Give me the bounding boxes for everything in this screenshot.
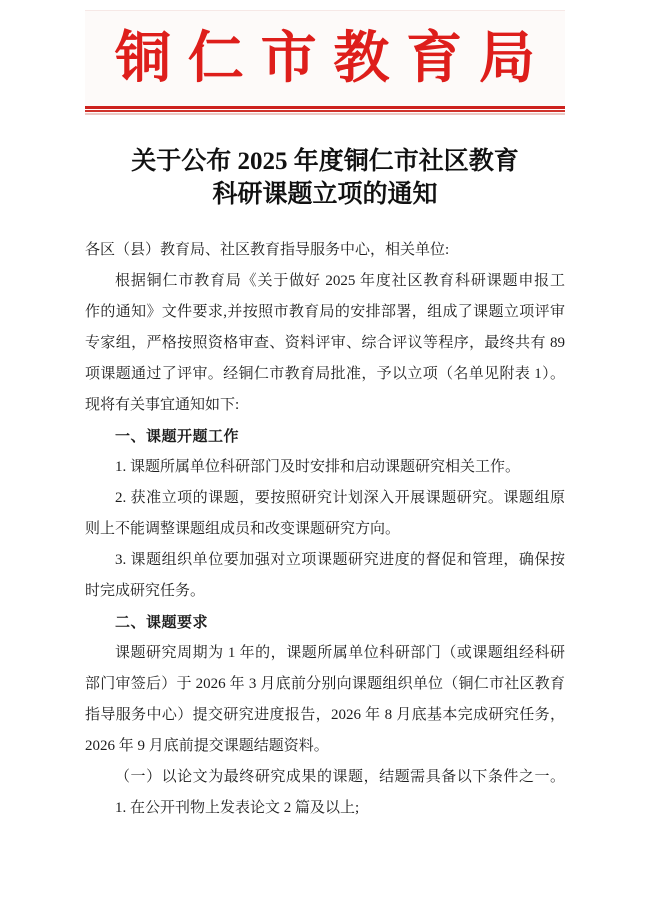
document-title: 关于公布 2025 年度铜仁市社区教育 科研课题立项的通知: [65, 145, 585, 211]
body-line: 部门审签后）于 2026 年 3 月底前分别向课题组织单位（铜仁市社区教育: [85, 669, 565, 700]
body-line: 项课题通过了评审。经铜仁市教育局批准，予以立项（名单见附表 1）。: [85, 359, 565, 390]
body-line: 3. 课题组织单位要加强对立项课题研究进度的督促和管理，确保按: [85, 545, 565, 576]
body-line: 作的通知》文件要求,并按照市教育局的安排部署，组成了课题立项评审: [85, 297, 565, 328]
letterhead-divider: [85, 106, 565, 115]
body-line: （一）以论文为最终研究成果的课题，结题需具备以下条件之一。: [85, 762, 565, 793]
body-line: 指导服务中心）提交研究进度报告，2026 年 8 月底基本完成研究任务，: [85, 700, 565, 731]
document-page: 铜仁市教育局 关于公布 2025 年度铜仁市社区教育 科研课题立项的通知 各区（…: [0, 0, 650, 919]
body-heading-line: 二、课题要求: [85, 607, 565, 638]
body-line: 则上不能调整课题组成员和改变课题研究方向。: [85, 514, 565, 545]
document-body: 各区（县）教育局、社区教育指导服务中心，相关单位:根据铜仁市教育局《关于做好 2…: [85, 235, 565, 824]
title-line-2: 科研课题立项的通知: [65, 178, 585, 211]
divider-line-mid: [85, 110, 565, 112]
body-line: 时完成研究任务。: [85, 576, 565, 607]
body-line: 现将有关事宜通知如下:: [85, 390, 565, 421]
body-line: 1. 课题所属单位科研部门及时安排和启动课题研究相关工作。: [85, 452, 565, 483]
agency-letterhead: 铜仁市教育局: [85, 10, 565, 115]
body-line: 1. 在公开刊物上发表论文 2 篇及以上;: [85, 793, 565, 824]
title-line-1: 关于公布 2025 年度铜仁市社区教育: [65, 145, 585, 178]
body-line: 各区（县）教育局、社区教育指导服务中心，相关单位:: [85, 235, 565, 266]
body-line: 专家组，严格按照资格审查、资料评审、综合评议等程序，最终共有 89: [85, 328, 565, 359]
agency-name: 铜仁市教育局: [85, 11, 565, 106]
body-line: 课题研究周期为 1 年的，课题所属单位科研部门（或课题组经科研: [85, 638, 565, 669]
body-line: 根据铜仁市教育局《关于做好 2025 年度社区教育科研课题申报工: [85, 266, 565, 297]
body-line: 2026 年 9 月底前提交课题结题资料。: [85, 731, 565, 762]
body-heading-line: 一、课题开题工作: [85, 421, 565, 452]
divider-line-light: [85, 113, 565, 115]
body-line: 2. 获准立项的课题，要按照研究计划深入开展课题研究。课题组原: [85, 483, 565, 514]
